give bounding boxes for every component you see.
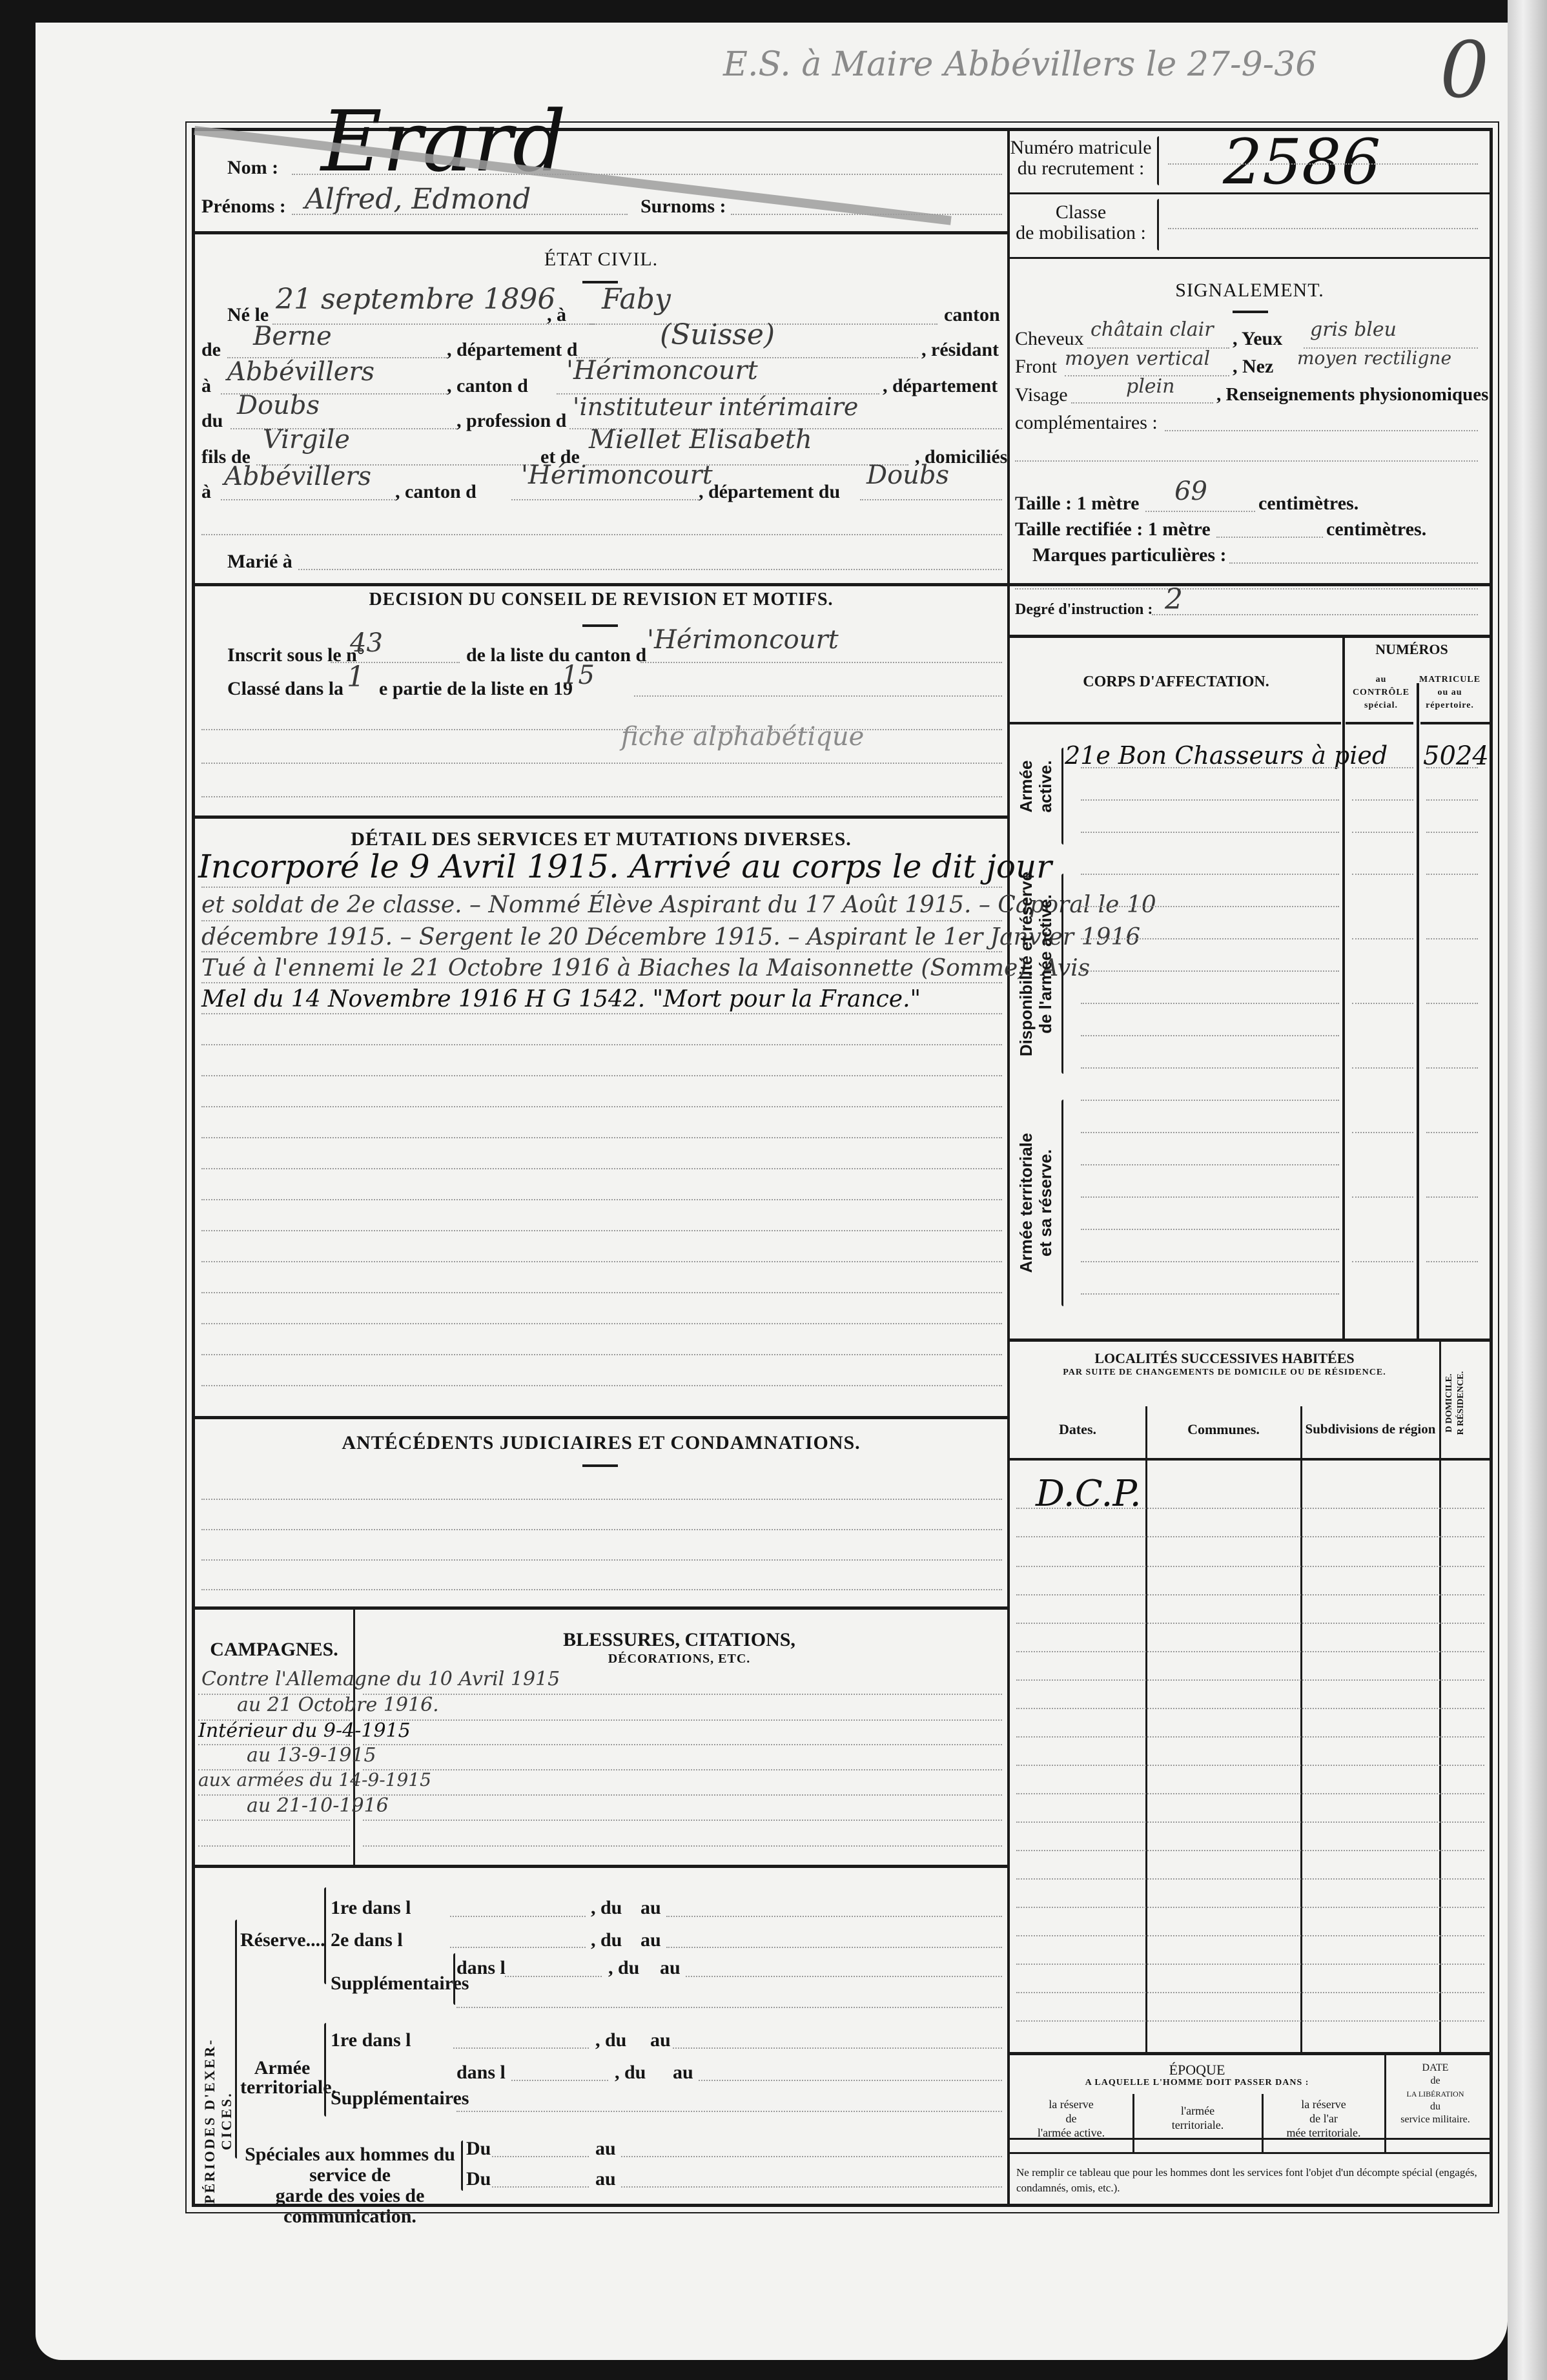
residence-department[interactable]: Doubs [237,391,320,420]
numeros-header: NUMÉROS [1346,641,1478,658]
matricule-header: MATRICULE ou au répertoire. [1419,673,1480,712]
col-communes: Communes. [1147,1421,1300,1438]
inscrit-number[interactable]: 43 [350,628,383,658]
marques-label: Marques particulières : [1032,544,1227,566]
classe-partie-value[interactable]: 1 [347,661,365,693]
cheveux-value[interactable]: châtain clair [1091,318,1214,341]
reserve-2-du: , du [591,1929,622,1951]
territoriale-supp-au: au [673,2062,693,2084]
renseignements-label: , Renseignements physionomiques [1216,384,1488,405]
blessures-subtitle: DÉCORATIONS, ETC. [356,1652,1002,1667]
left-column: Nom : Erard Prénoms : Alfred, Edmond Sur… [195,131,1010,2204]
epoque-subtitle: A LAQUELLE L'HOMME DOIT PASSER DANS : [1010,2078,1384,2088]
residant-label: , résidant [921,339,999,361]
reserve-1-du: , du [591,1897,622,1919]
campagne-line-3: Intérieur du 9-4-1915 [198,1719,411,1742]
liste-canton-value[interactable]: 'Hérimoncourt [647,625,839,655]
col-subdivisions: Subdivisions de région [1302,1421,1439,1437]
birth-canton[interactable]: Berne [253,322,332,351]
blessures-title: BLESSURES, CITATIONS, [356,1629,1002,1651]
top-annotation: E.S. à Maire Abbévillers le 27-9-36 [723,45,1316,84]
nom-label: Nom : [227,157,278,179]
epoque-col-territoriale: l'armée territoriale. [1134,2104,1262,2132]
services-title: DÉTAIL DES SERVICES ET MUTATIONS DIVERSE… [195,828,1007,850]
reserve-supp-du: , du [608,1957,639,1979]
mother-name[interactable]: Miellet Elisabeth [589,425,812,455]
reserve-supp-dans: dans l [456,1957,506,1979]
territoriale-supp-label: Supplémentaires [331,2088,469,2109]
decision-title: DECISION DU CONSEIL DE REVISION ET MOTIF… [195,577,1007,610]
classe-mobilisation-label: Classe de mobilisation : [1010,202,1152,243]
numero-matricule-value[interactable]: 2586 [1223,126,1380,198]
book-spine [1508,0,1547,2380]
col-dates: Dates. [1010,1421,1145,1438]
departement-label: , département d [447,339,577,361]
taille-unit: centimètres. [1258,493,1358,515]
epoque-col-reserve-territoriale: la réserve de l'ar mée territoriale. [1263,2097,1384,2140]
birth-department[interactable]: (Suisse) [660,318,775,351]
cheveux-label: Cheveux [1015,328,1084,350]
corps-header: CORPS D'AFFECTATION. [1010,673,1342,691]
campagne-line-1: Contre l'Allemagne du 10 Avril 1915 [201,1668,560,1690]
marie-label: Marié à [227,551,292,573]
visage-value[interactable]: plein [1126,375,1174,398]
taille-rectifiee-unit: centimètres. [1326,518,1426,540]
armee-territoriale-aff-label: Armée territoriale et sa réserve. [1016,1100,1055,1306]
front-value[interactable]: moyen vertical [1065,347,1210,370]
speciales-1-au: au [595,2138,616,2160]
campagne-line-5: aux armées du 14-9-1915 [198,1769,431,1790]
armee-active-label: Armée active. [1016,744,1055,828]
campagne-line-2: au 21 Octobre 1916. [237,1694,439,1716]
territoriale-1-label: 1re dans l [331,2029,411,2051]
service-line-4: Tué à l'ennemi le 21 Octobre 1916 à Biac… [201,955,1090,981]
numero-matricule-label: Numéro matricule du recrutement : [1010,138,1152,179]
territoriale-supp-du: , du [615,2062,646,2084]
de-label: de [201,339,221,361]
nez-value[interactable]: moyen rectiligne [1297,347,1451,369]
prenoms-value[interactable]: Alfred, Edmond [305,183,531,216]
epoque-note: Ne remplir ce tableau que pour les homme… [1016,2165,1481,2196]
campagne-line-4: au 13-9-1915 [247,1744,376,1767]
speciales-label: Spéciales aux hommes du service de garde… [240,2144,460,2227]
parents-domicile[interactable]: Abbévillers [224,462,371,491]
col-domicile-residence: D DOMICILE. R RÉSIDENCE. [1444,1345,1467,1461]
taille-label: Taille : 1 mètre [1015,493,1139,515]
partie-label: e partie de la liste en 19 [379,678,573,700]
territoriale-supp-dans: dans l [456,2062,506,2084]
reserve-supp-label: Supplémentaires [331,1973,469,1995]
liste-canton-label: de la liste du canton d [466,644,646,666]
territoriale-1-du: , du [595,2029,626,2051]
residence-value[interactable]: Abbévillers [227,357,374,387]
departement3-label: , département du [699,481,840,503]
localites-subtitle: PAR SUITE DE CHANGEMENTS DE DOMICILE OU … [1010,1368,1439,1378]
reserve-supp-au: au [660,1957,681,1979]
armee-territoriale-label: Armée territoriale. [240,2058,324,2097]
nom-value[interactable]: Erard [321,92,566,190]
campagnes-title: CAMPAGNES. [195,1639,353,1661]
etat-civil-title: ÉTAT CIVIL. [195,249,1007,271]
service-line-1: Incorporé le 9 Avril 1915. Arrivé au cor… [198,848,1052,885]
date-liberation-header: DATE de LA LIBÉRATION du service militai… [1387,2062,1484,2126]
exercices-side-label: PÉRIODES D'EXER- CICES. [201,2038,235,2204]
signalement-title: SIGNALEMENT. [1010,280,1490,302]
service-line-3: décembre 1915. – Sergent le 20 Décembre … [201,924,1140,950]
a-label: , à [547,304,566,326]
annee-value[interactable]: 15 [562,661,595,690]
yeux-value[interactable]: gris bleu [1310,318,1397,341]
profession-label: , profession d [456,410,566,432]
speciales-2-du: Du [466,2168,491,2190]
territoriale-1-au: au [650,2029,671,2051]
a2-label: à [201,375,211,397]
canton-label: canton [944,304,1000,326]
nez-label: , Nez [1233,356,1273,378]
reserve-1-au: au [640,1897,661,1919]
front-label: Front [1015,356,1057,378]
instruction-label: Degré d'instruction : [1015,601,1153,619]
localites-title: LOCALITÉS SUCCESSIVES HABITÉES [1010,1350,1439,1367]
reserve-2-label: 2e dans l [331,1929,403,1951]
service-line-5: Mel du 14 Novembre 1916 H G 1542. "Mort … [201,986,921,1012]
decision-note: fiche alphabétique [621,722,864,752]
a3-label: à [201,481,211,503]
antecedents-title: ANTÉCÉDENTS JUDICIAIRES ET CONDAMNATIONS… [195,1432,1007,1454]
register-form: Nom : Erard Prénoms : Alfred, Edmond Sur… [192,128,1493,2207]
classe-dans-label: Classé dans la [227,678,343,700]
reserve-label: Réserve.... [240,1929,325,1951]
profession-value[interactable]: 'instituteur intérimaire [573,393,858,421]
birth-date[interactable]: 21 septembre 1896 [276,283,555,316]
speciales-2-au: au [595,2168,616,2190]
surnoms-label: Surnoms : [640,196,726,218]
parents-department[interactable]: Doubs [866,460,949,490]
controle-header: au CONTRÔLE spécial. [1346,673,1417,712]
taille-rectifiee-label: Taille rectifiée : 1 mètre [1015,518,1211,540]
departement2-label: , département [883,375,998,397]
du-label: du [201,410,223,432]
disponibilite-label: Disponibilité et réserve de l'armée acti… [1016,854,1055,1074]
reserve-1-label: 1re dans l [331,1897,411,1919]
father-name[interactable]: Virgile [263,425,350,455]
epoque-title: ÉPOQUE [1010,2062,1384,2078]
corner-mark: 0 [1440,26,1489,116]
speciales-1-du: Du [466,2138,491,2160]
canton3-label: , canton d [395,481,476,503]
birth-place[interactable]: Faby [602,283,671,316]
canton2-label: , canton d [447,375,528,397]
epoque-col-reserve-active: la réserve de l'armée active. [1010,2097,1132,2140]
instruction-value[interactable]: 2 [1165,583,1183,616]
taille-value[interactable]: 69 [1174,477,1207,506]
parents-canton[interactable]: 'Hérimoncourt [521,460,713,490]
right-column: Numéro matricule du recrutement : 2586 C… [1010,131,1490,2204]
armee-active-corps[interactable]: 21e Bon Chasseurs à pied [1065,741,1388,770]
reserve-2-au: au [640,1929,661,1951]
yeux-label: , Yeux [1233,328,1282,350]
residence-canton[interactable]: 'Hérimoncourt [566,356,758,385]
complementaires-label: complémentaires : [1015,412,1158,434]
campagne-line-6: au 21-10-1916 [247,1794,389,1817]
prenoms-label: Prénoms : [201,196,286,218]
visage-label: Visage [1015,384,1068,406]
